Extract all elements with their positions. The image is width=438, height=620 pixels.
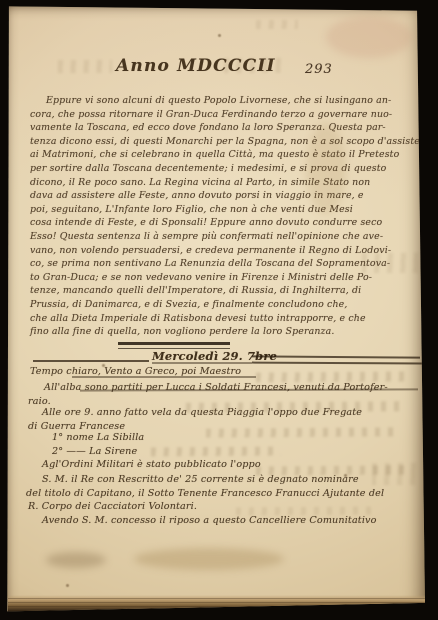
entry-separator-bar <box>118 342 230 349</box>
paragraph-line: dicono, il Re poco sano. La Regina vicin… <box>30 176 382 190</box>
weather-strike-rule <box>72 376 256 378</box>
entry-line-ship1: 1° nome La Sibilla <box>52 432 144 443</box>
paragraph-line: to Gran-Duca; e se non vedevano venire i… <box>30 271 382 285</box>
paragraph-line: Prussia, di Danimarca, e di Svezia, e fi… <box>30 298 382 312</box>
opening-paragraph: Eppure vi sono alcuni di questo Popolo L… <box>30 94 382 339</box>
paper-stain <box>134 548 284 570</box>
bleed-through-ghost <box>58 60 112 73</box>
bleed-through-ghost <box>206 427 401 437</box>
paragraph-line: vamente la Toscana, ed ecco dove fondano… <box>30 121 382 135</box>
entry-line-troops: All'alba sono partiti per Lucca i Soldat… <box>44 382 388 393</box>
foxing-speck <box>218 34 221 37</box>
heading-rule-left <box>33 360 149 362</box>
paragraph-line: poi, seguitano, L'Infante loro Figlio, c… <box>30 203 382 217</box>
paragraph-line: vano, non volendo persuadersi, e credeva… <box>30 244 382 258</box>
paragraph-line: dava ad assistere alle Feste, anno dovut… <box>30 189 382 203</box>
paragraph-line: cosa intende di Feste, e di Sponsali! Ep… <box>30 216 382 230</box>
paragraph-line: tenza dicono essi, di questi Monarchi pe… <box>30 135 382 149</box>
heading-rule-right-upper <box>252 355 420 358</box>
paragraph-line: tenze, mancando quelli dell'Imperatore, … <box>30 284 382 298</box>
paper-stain <box>46 552 106 568</box>
photo-background: { "page": { "year_title": "Anno MDCCCII"… <box>0 0 438 620</box>
paragraph-line: cora, che possa ritornare il Gran-Duca F… <box>30 108 382 122</box>
margin-smudge <box>372 463 416 485</box>
bleed-through-ghost <box>256 20 298 29</box>
page-number: 293 <box>305 62 333 77</box>
paper-stain <box>326 16 412 58</box>
entry-line-ship2: 2° —— La Sirene <box>52 446 137 457</box>
entry-line-chancellor: Avendo S. M. concesso il riposo a questo… <box>42 515 377 526</box>
paragraph-line: ai Matrimoni, che si celebrano in quella… <box>30 148 382 162</box>
heading-underline <box>152 362 252 364</box>
entry-line-rescript-2: del titolo di Capitano, il Sotto Tenente… <box>26 488 384 499</box>
heading-rule-right-lower <box>252 362 422 364</box>
paragraph-line: che alla Dieta Imperiale di Ratisbona de… <box>30 312 382 326</box>
foxing-speck <box>344 474 347 477</box>
paragraph-line: co, se prima non sentivano La Renunzia d… <box>30 257 382 271</box>
manuscript-page: Anno MDCCCII 293 Eppure vi sono alcuni d… <box>6 4 425 612</box>
entry-line-frigates: Alle ore 9. anno fatto vela da questa Pi… <box>42 407 362 418</box>
entry-line-rescript-3: R. Corpo dei Cacciatori Volontari. <box>28 501 197 512</box>
entry-line-troops-cont: raio. <box>28 396 51 407</box>
paragraph-line: Eppure vi sono alcuni di questo Popolo L… <box>30 94 382 108</box>
bleed-through-ghost <box>256 371 406 382</box>
paragraph-line: Esso! Questa sentenza li à sempre più co… <box>30 230 382 244</box>
paragraph-line: per sortire dalla Toscana decentemente; … <box>30 162 382 176</box>
paragraph-line: fino alla fine di quella, non vogliono p… <box>30 325 382 339</box>
foxing-speck <box>102 364 105 367</box>
book-page-stack-edge <box>8 595 425 612</box>
entry-line-frigates-cont: di Guerra Francese <box>28 421 125 432</box>
entry-line-orders: Agl'Ordini Militari è stato pubblicato l… <box>42 459 261 470</box>
bleed-through-ghost <box>151 447 281 457</box>
foxing-speck <box>66 584 69 587</box>
page-title: Anno MDCCCII <box>116 56 276 76</box>
entry-line-rescript-1: S. M. il Re con Rescritto de' 25 corrent… <box>42 474 359 485</box>
